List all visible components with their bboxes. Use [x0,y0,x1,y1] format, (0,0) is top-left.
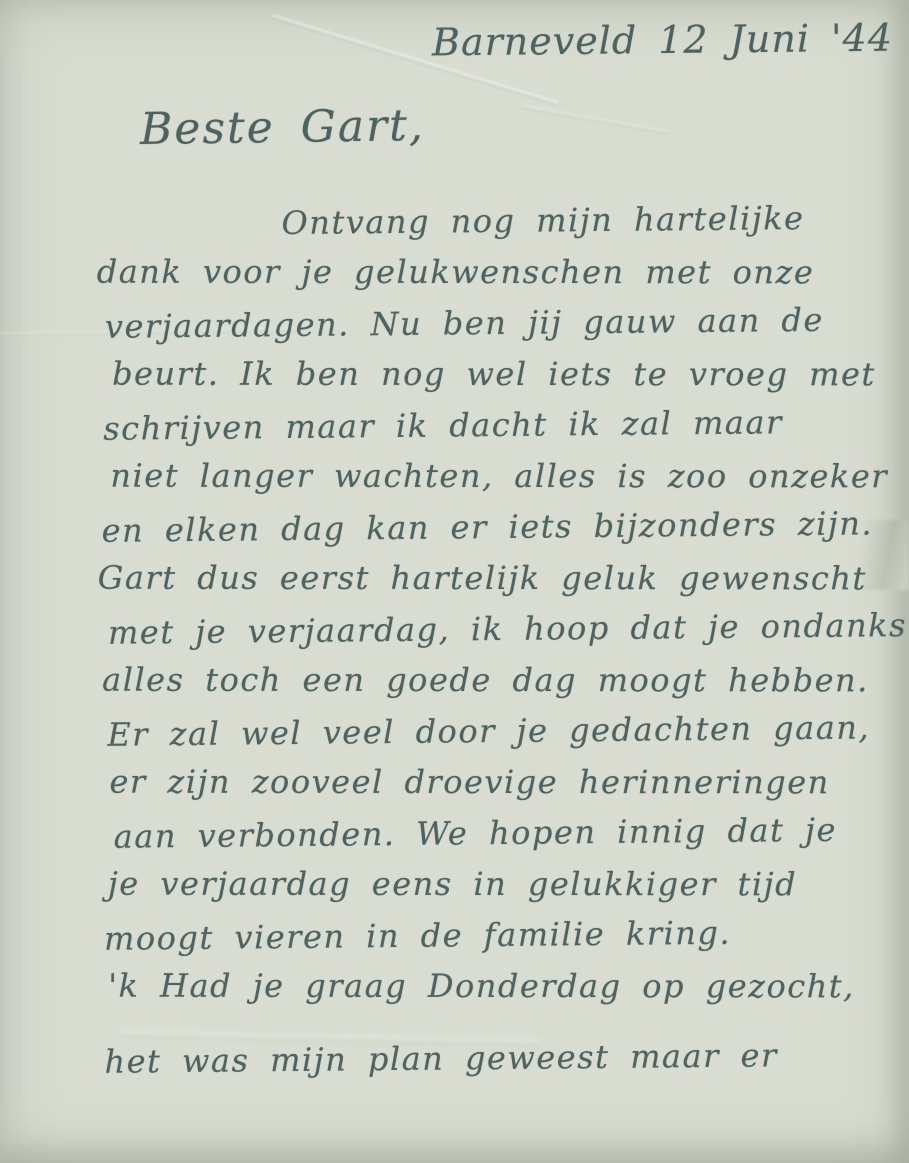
letter-line: dank voor je gelukwenschen met onze [97,247,887,299]
letter-line: je verjaardag eens in gelukkiger tijd [108,859,889,911]
letter-line: het was mijn plan geweest maar er [104,1029,889,1088]
letter-line: Er zal wel veel door je gedachten gaan, [107,702,888,760]
letter-salutation: Beste Gart, [140,100,425,155]
letter-body: Ontvang nog mijn hartelijke dank voor je… [96,195,889,1086]
letter-line: aan verbonden. We hopen innig dat je [113,804,888,862]
letter-line: alles toch een goede dag moogt hebben. [102,655,888,707]
letter-page: Barneveld 12 Juni '44 Beste Gart, Ontvan… [0,0,909,1163]
letter-line: moogt vieren in de familie kring. [104,906,889,965]
letter-line: er zijn zooveel droevige herinneringen [109,757,888,809]
letter-line: 'k Had je graag Donderdag op gezocht, [108,961,889,1013]
letter-line: Ontvang nog mijn hartelijke [96,192,886,251]
letter-dateline: Barneveld 12 Juni '44 [432,16,893,65]
letter-line: schrijven maar ik dacht ik zal maar [103,396,887,455]
letter-line: beurt. Ik ben nog wel iets te vroeg met [112,349,887,401]
letter-line: verjaardagen. Nu ben jij gauw aan de [105,294,887,353]
letter-line: met je verjaardag, ik hoop dat je ondank… [108,600,888,658]
letter-line: niet langer wachten, alles is zoo onzeke… [110,451,887,503]
paper-crease-top-right [521,105,669,135]
letter-line: Gart dus eerst hartelijk geluk gewenscht [98,553,888,605]
letter-line: en elken dag kan er iets bijzonders zijn… [101,498,887,557]
